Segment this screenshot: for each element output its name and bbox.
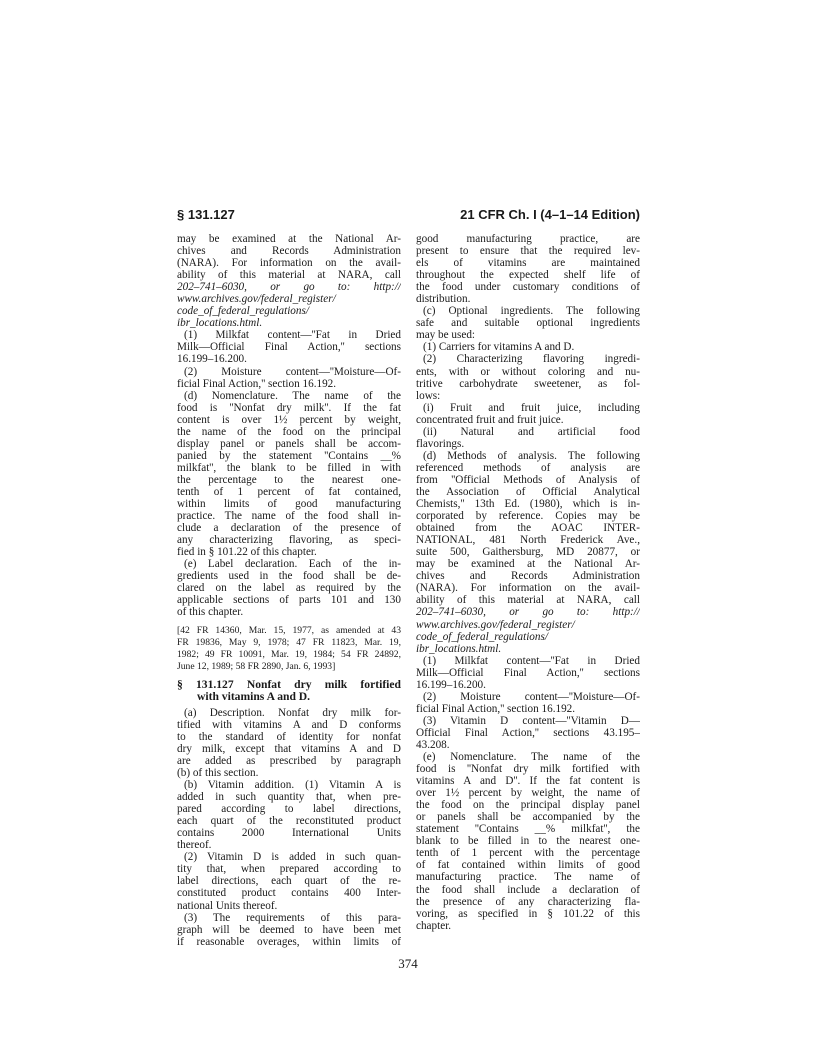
text-line: present to ensure that the required lev- [416, 245, 640, 257]
text-line: Milk—Official Final Action,'' sections [416, 667, 640, 679]
text-line: 16.199–16.200. [177, 353, 401, 365]
text-line: 202–741–6030, or go to: http:// [177, 281, 401, 293]
text-line: Official Final Action,'' sections 43.195… [416, 727, 640, 739]
text-line: tritive carbohydrate sweetener, as fol- [416, 378, 640, 390]
text-line: throughout the expected shelf life of [416, 269, 640, 281]
text-line: manufacturing practice. The name of [416, 871, 640, 883]
text-line: (NARA). For information on the avail- [416, 582, 640, 594]
text-line: tenth of 1 percent of fat contained, [177, 486, 401, 498]
text-line: may be used: [416, 329, 640, 341]
text-line: concentrated fruit and fruit juice. [416, 414, 640, 426]
text-line: gredients used in the food shall be de- [177, 570, 401, 582]
text-line: chapter. [416, 920, 640, 932]
text-line: (1) Milkfat content—''Fat in Dried [177, 329, 401, 341]
text-line: (NARA). For information on the avail- [177, 257, 401, 269]
text-line: panied by the statement ''Contains __% [177, 450, 401, 462]
citation-line: FR 19836, May 9, 1978; 47 FR 11823, Mar.… [177, 637, 401, 649]
text-line: (1) Milkfat content—''Fat in Dried [416, 655, 640, 667]
text-line: Milk—Official Final Action,'' sections [177, 341, 401, 353]
text-line: the food under customary conditions of [416, 281, 640, 293]
text-line: (d) Methods of analysis. The following [416, 450, 640, 462]
text-line: ficial Final Action,'' section 16.192. [416, 703, 640, 715]
document-page: § 131.127 21 CFR Ch. I (4–1–14 Edition) … [0, 0, 816, 1056]
text-line: www.archives.gov/federal_register/ [416, 619, 640, 631]
text-line: thereof. [177, 839, 401, 851]
text-line: code_of_federal_regulations/ [416, 631, 640, 643]
text-line: 16.199–16.200. [416, 679, 640, 691]
text-line: national Units thereof. [177, 900, 401, 912]
section-heading: § 131.127 Nonfat dry milk fortified with… [177, 679, 401, 703]
citation-line: [42 FR 14360, Mar. 15, 1977, as amended … [177, 625, 401, 637]
text-line: added in such quantity that, when pre- [177, 791, 401, 803]
text-line: may be examined at the National Ar- [177, 233, 401, 245]
text-line: (b) of this section. [177, 767, 401, 779]
text-line: (2) Characterizing flavoring ingredi- [416, 353, 640, 365]
text-line: vitamins A and D''. If the fat content i… [416, 775, 640, 787]
text-line: the percentage to the nearest one- [177, 474, 401, 486]
text-line: tity that, when prepared according to [177, 863, 401, 875]
text-line: voring, as specified in § 101.22 of this [416, 908, 640, 920]
text-line: over 1½ percent by weight, the name of [416, 787, 640, 799]
text-line: content is over 1½ percent by weight, [177, 414, 401, 426]
text-line: 202–741–6030, or go to: http:// [416, 606, 640, 618]
text-line: suite 500, Gaithersburg, MD 20877, or [416, 546, 640, 558]
running-head: § 131.127 21 CFR Ch. I (4–1–14 Edition) [177, 207, 640, 225]
text-line: dry milk, except that vitamins A and D [177, 743, 401, 755]
text-line: (2) Vitamin D is added in such quan- [177, 851, 401, 863]
text-line: the Association of Official Analytical [416, 486, 640, 498]
text-line: chives and Records Administration [416, 570, 640, 582]
text-line: to the standard of identity for nonfat [177, 731, 401, 743]
text-line: graph will be deemed to have been met [177, 924, 401, 936]
text-line: (e) Label declaration. Each of the in- [177, 558, 401, 570]
text-line: of this chapter. [177, 606, 401, 618]
text-line: (i) Fruit and fruit juice, including [416, 402, 640, 414]
text-line: ents, with or without coloring and nu- [416, 366, 640, 378]
text-line: of fat contained within limits of good [416, 859, 640, 871]
citation-line: 1982; 49 FR 10091, Mar. 19, 1984; 54 FR … [177, 649, 401, 661]
text-line: ibr_locations.html. [177, 317, 401, 329]
text-line: any characterizing flavoring, as speci- [177, 534, 401, 546]
text-line: NATIONAL, 481 North Frederick Ave., [416, 534, 640, 546]
text-line: blank to be filled in to the nearest one… [416, 835, 640, 847]
section-heading-line: with vitamins A and D. [177, 691, 401, 703]
text-line: contains 2000 International Units [177, 827, 401, 839]
text-line: ficial Final Action,'' section 16.192. [177, 378, 401, 390]
text-line: from ''Official Methods of Analysis of [416, 474, 640, 486]
text-line: (3) The requirements of this para- [177, 912, 401, 924]
text-line: if reasonable overages, within limits of [177, 936, 401, 948]
text-line: food is ''Nonfat dry milk fortified with [416, 763, 640, 775]
edition-header: 21 CFR Ch. I (4–1–14 Edition) [460, 207, 640, 222]
section-number-header: § 131.127 [177, 207, 235, 222]
text-line: label directions, each quart of the re- [177, 875, 401, 887]
text-line: may be examined at the National Ar- [416, 558, 640, 570]
text-line: each quart of the reconstituted product [177, 815, 401, 827]
text-line: within limits of good manufacturing [177, 498, 401, 510]
left-column: may be examined at the National Ar- chiv… [177, 233, 401, 948]
text-line: the food shall include a declaration of [416, 884, 640, 896]
text-line: (2) Moisture content—''Moisture—Of- [177, 366, 401, 378]
text-line: (e) Nomenclature. The name of the [416, 751, 640, 763]
text-line: 43.208. [416, 739, 640, 751]
text-line: obtained from the AOAC INTER- [416, 522, 640, 534]
text-line: distribution. [416, 293, 640, 305]
text-line: www.archives.gov/federal_register/ [177, 293, 401, 305]
text-line: are added as prescribed by paragraph [177, 755, 401, 767]
text-line: food is ''Nonfat dry milk''. If the fat [177, 402, 401, 414]
text-line: tified with vitamins A and D conforms [177, 719, 401, 731]
page-number: 374 [0, 956, 816, 972]
text-line: milkfat'', the blank to be filled in wit… [177, 462, 401, 474]
text-line: tenth of 1 percent with the percentage [416, 847, 640, 859]
text-line: pared according to label directions, [177, 803, 401, 815]
text-line: Chemists,'' 13th Ed. (1980), which is in… [416, 498, 640, 510]
section-heading-line: § 131.127 Nonfat dry milk fortified [177, 679, 401, 691]
right-column: good manufacturing practice, are present… [416, 233, 640, 932]
text-line: the food on the principal display panel [416, 799, 640, 811]
text-line: (b) Vitamin addition. (1) Vitamin A is [177, 779, 401, 791]
text-line: code_of_federal_regulations/ [177, 305, 401, 317]
text-line: ability of this material at NARA, call [177, 269, 401, 281]
text-line: (c) Optional ingredients. The following [416, 305, 640, 317]
text-line: flavorings. [416, 438, 640, 450]
text-line: applicable sections of parts 101 and 130 [177, 594, 401, 606]
text-line: good manufacturing practice, are [416, 233, 640, 245]
citation-line: June 12, 1989; 58 FR 2890, Jan. 6, 1993] [177, 661, 401, 673]
text-line: clude a declaration of the presence of [177, 522, 401, 534]
text-line: (a) Description. Nonfat dry milk for- [177, 707, 401, 719]
text-line: corporated by reference. Copies may be [416, 510, 640, 522]
text-line: (1) Carriers for vitamins A and D. [416, 341, 640, 353]
text-line: ibr_locations.html. [416, 643, 640, 655]
text-line: (ii) Natural and artificial food [416, 426, 640, 438]
source-citation: [42 FR 14360, Mar. 15, 1977, as amended … [177, 625, 401, 673]
text-line: lows: [416, 390, 640, 402]
text-line: the name of the food on the principal [177, 426, 401, 438]
text-line: ability of this material at NARA, call [416, 594, 640, 606]
text-line: (2) Moisture content—''Moisture—Of- [416, 691, 640, 703]
text-line: els of vitamins are maintained [416, 257, 640, 269]
text-line: chives and Records Administration [177, 245, 401, 257]
text-line: practice. The name of the food shall in- [177, 510, 401, 522]
text-line: (3) Vitamin D content—''Vitamin D— [416, 715, 640, 727]
text-line: clared on the label as required by the [177, 582, 401, 594]
text-line: statement ''Contains __% milkfat'', the [416, 823, 640, 835]
text-line: safe and suitable optional ingredients [416, 317, 640, 329]
text-line: the presence of any characterizing fla- [416, 896, 640, 908]
text-line: display panel or panels shall be accom- [177, 438, 401, 450]
text-line: or panels shall be accompanied by the [416, 811, 640, 823]
text-line: constituted product contains 400 Inter- [177, 887, 401, 899]
text-line: fied in § 101.22 of this chapter. [177, 546, 401, 558]
text-line: referenced methods of analysis are [416, 462, 640, 474]
text-line: (d) Nomenclature. The name of the [177, 390, 401, 402]
